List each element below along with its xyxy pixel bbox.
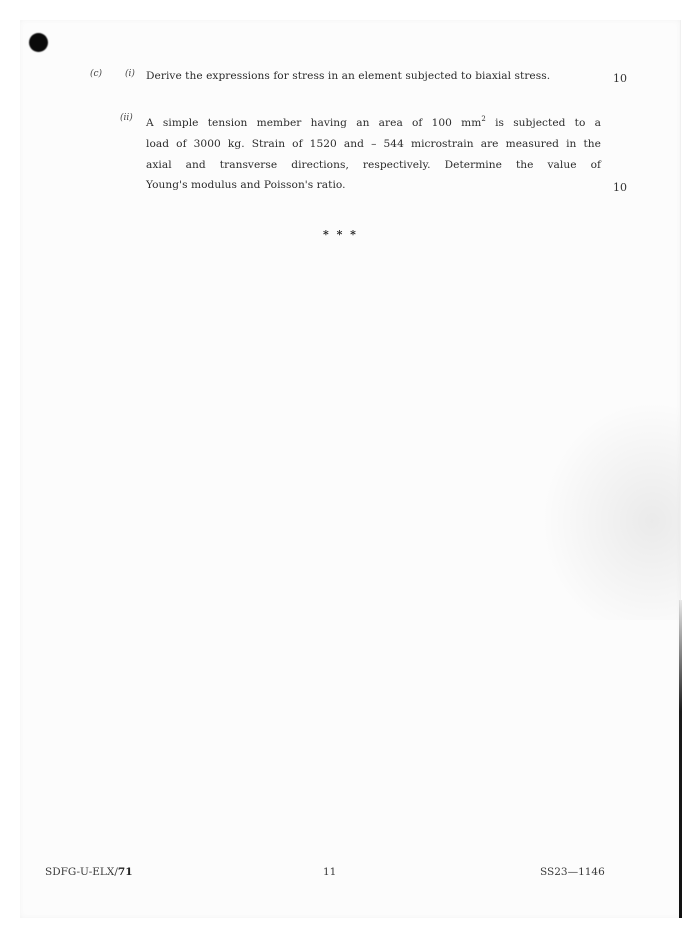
subpart-ii-line-1-b: is subjected to a bbox=[495, 117, 601, 129]
superscript-2: 2 bbox=[481, 115, 486, 123]
footer-code-prefix: SDFG-U-ELX/ bbox=[45, 866, 118, 878]
subpart-ii-line-3: axial and transverse directions, respect… bbox=[146, 159, 601, 171]
subpart-ii-line-2: load of 3000 kg. Strain of 1520 and – 54… bbox=[146, 138, 601, 150]
subpart-ii-line-1: A simple tension member having an area o… bbox=[146, 115, 601, 129]
part-label-c: (c) bbox=[90, 69, 102, 79]
subpart-ii-marks: 10 bbox=[613, 181, 627, 194]
page-edge-faint bbox=[680, 20, 681, 600]
footer-serial: SS23—1146 bbox=[540, 866, 605, 878]
footer-page-number: 11 bbox=[323, 866, 336, 878]
punch-hole-dot bbox=[29, 33, 48, 52]
end-of-paper-marker: * * * bbox=[323, 228, 358, 241]
subpart-i-text: Derive the expressions for stress in an … bbox=[146, 70, 550, 82]
subpart-label-i: (i) bbox=[125, 69, 135, 79]
page-edge-line bbox=[679, 600, 682, 918]
footer-paper-code: SDFG-U-ELX/71 bbox=[45, 866, 133, 878]
footer-code-suffix: 71 bbox=[118, 866, 133, 878]
subpart-i-marks: 10 bbox=[613, 72, 627, 85]
subpart-label-ii: (ii) bbox=[120, 113, 133, 123]
scanned-page bbox=[20, 20, 680, 918]
subpart-ii-line-4: Young's modulus and Poisson's ratio. bbox=[146, 179, 346, 191]
subpart-ii-line-1-a: A simple tension member having an area o… bbox=[146, 117, 481, 129]
